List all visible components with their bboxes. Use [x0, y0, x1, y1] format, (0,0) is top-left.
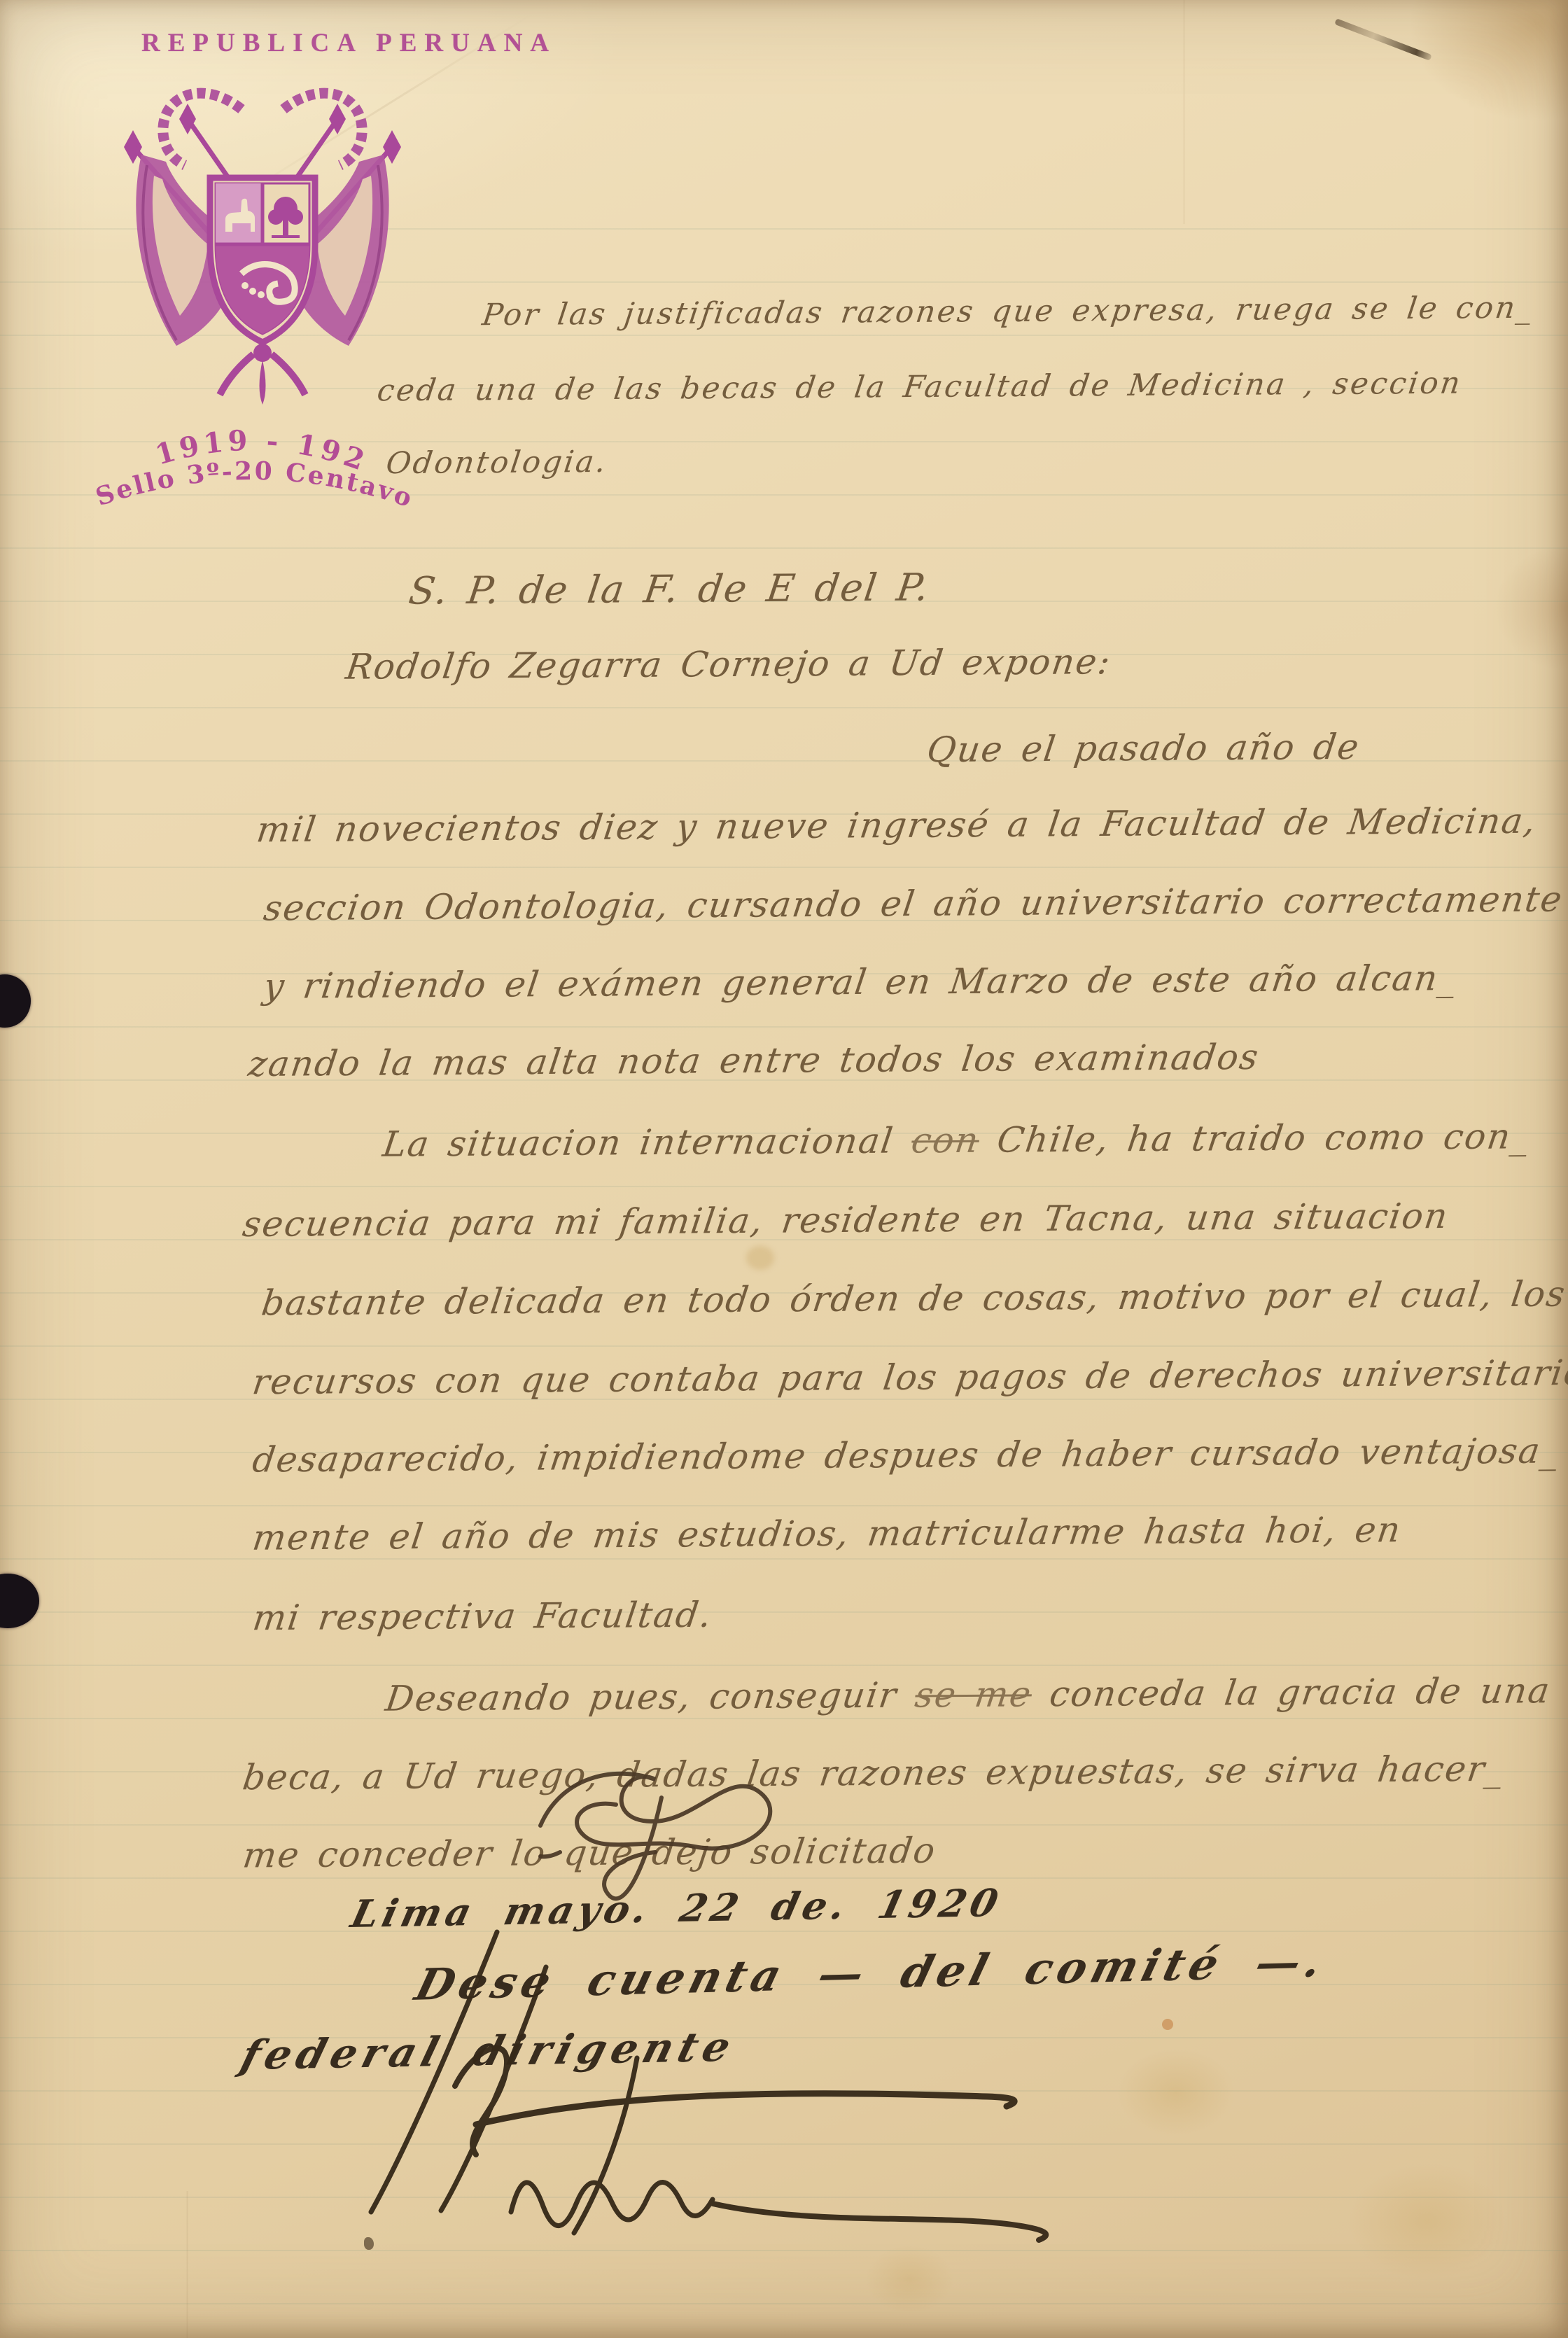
document-page: REPUBLICA PERUANA [0, 0, 1568, 2338]
body-line: mente el año de mis estudios, matricular… [250, 1509, 1403, 1557]
crease-mark [186, 2191, 188, 2338]
body-text: Deseando pues, conseguir [383, 1675, 918, 1719]
crossed-out-word: se me [913, 1674, 1035, 1715]
body-line: mil novecientos diez y nueve ingresé a l… [254, 801, 1539, 850]
body-line: bastante delicada en todo órden de cosas… [259, 1274, 1568, 1324]
summary-line-2: ceda una de las becas de la Facultad de … [375, 366, 1464, 409]
ink-smudge [1334, 18, 1432, 61]
body-text: conceda la gracia de una [1029, 1670, 1553, 1714]
intro-line: Rodolfo Zegarra Cornejo a Ud expone: [344, 641, 1114, 687]
summary-line-3: Odontologia. [384, 444, 610, 481]
crease-mark [1183, 0, 1185, 224]
body-text: Chile, ha traido como con_ [976, 1116, 1533, 1160]
stain-spot [364, 2237, 374, 2250]
body-line: desaparecido, impidiendome despues de ha… [250, 1430, 1562, 1480]
stamp-title: REPUBLICA PERUANA [141, 28, 556, 58]
stamp-curved-text: 1919 - 1920 Sello 3º-20 Centavos [66, 406, 430, 518]
peru-coat-of-arms [98, 60, 427, 424]
summary-line-1: Por las justificadas razones que expresa… [480, 290, 1536, 332]
punch-hole [0, 974, 31, 1028]
body-line: Que el pasado año de [925, 727, 1362, 770]
body-line: secuencia para mi familia, residente en … [240, 1196, 1451, 1245]
body-line: y rindiendo el exámen general en Marzo d… [261, 958, 1460, 1007]
body-text: La situacion internacional [380, 1120, 914, 1164]
stain-spot [746, 1246, 774, 1270]
punch-hole [0, 1574, 39, 1628]
stain-spot [1162, 2019, 1173, 2030]
official-signature-rubric [245, 1883, 1260, 2247]
body-line: mi respectiva Facultad. [251, 1595, 715, 1639]
crossed-out-word: con [909, 1120, 982, 1161]
body-line: seccion Odontologia, cursando el año uni… [261, 879, 1565, 929]
salutation-line: S. P. de la F. de E del P. [406, 565, 932, 612]
body-line: La situacion internacional con Chile, ha… [380, 1116, 1533, 1164]
body-line: Deseando pues, conseguir se me conceda l… [383, 1670, 1553, 1719]
body-line: recursos con que contaba para los pagos … [250, 1352, 1568, 1402]
body-line: zando la mas alta nota entre todos los e… [246, 1037, 1261, 1084]
body-line: beca, a Ud ruego, dadas las razones expu… [240, 1749, 1507, 1798]
